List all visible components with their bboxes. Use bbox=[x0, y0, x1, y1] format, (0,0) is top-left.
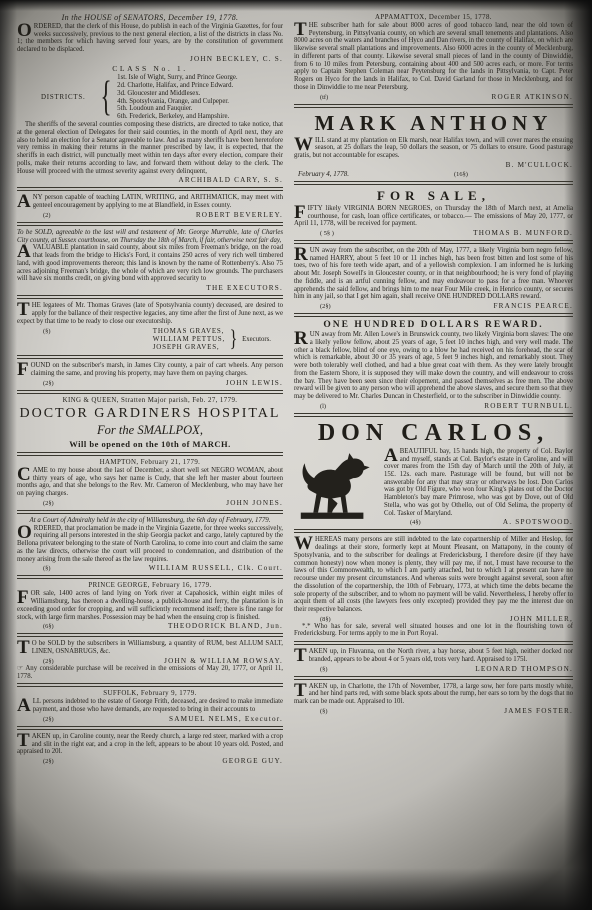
ad-dateline: KING & QUEEN, Stratten Major parish, Feb… bbox=[17, 397, 283, 404]
ad-hampton-negro-woman: HAMPTON, February 21, 1779. CAME to my h… bbox=[17, 459, 283, 507]
signature-name: WILLIAM RUSSELL, Clk. Court. bbox=[149, 564, 283, 572]
separator-rule bbox=[17, 295, 283, 299]
ad-murrable-plantation: To be SOLD, agreeable to the last will a… bbox=[17, 229, 283, 292]
district-item: 3d. Gloucester and Middlesex. bbox=[117, 90, 237, 98]
separator-rule bbox=[17, 390, 283, 394]
executors-group: THOMAS GRAVES, WILLIAM PETTUS, JOSEPH GR… bbox=[153, 326, 271, 352]
signature-name: ROBERT TURNBULL. bbox=[484, 402, 573, 410]
ad-body: WHEREAS many persons are still indebted … bbox=[294, 536, 573, 613]
ad-title: MARK ANTHONY bbox=[294, 111, 573, 136]
district-item: 1st. Isle of Wight, Surry, and Prince Ge… bbox=[117, 74, 237, 82]
separator-rule bbox=[17, 683, 283, 687]
ad-body: ALL persons indebted to the estate of Ge… bbox=[17, 698, 283, 713]
brace-glyph: { bbox=[101, 79, 112, 117]
ad-smallpox-hospital: KING & QUEEN, Stratten Major parish, Feb… bbox=[17, 397, 283, 449]
drop-cap: F bbox=[17, 590, 31, 605]
drop-cap: A bbox=[17, 244, 33, 259]
drop-cap: W bbox=[294, 536, 315, 551]
signature-line: THE EXECUTORS. bbox=[17, 284, 283, 292]
ad-body: WILL stand at my plantation on Elk marsh… bbox=[294, 137, 573, 160]
signature-name: ROBERT BEVERLEY. bbox=[196, 211, 283, 219]
signature-name: JOHN & WILLIAM ROWSAY. bbox=[164, 657, 283, 665]
signature-line: ARCHIBALD CARY, S. S. bbox=[17, 176, 283, 184]
separator-rule bbox=[294, 529, 573, 533]
ad-admiralty-court: At a Court of Admiralty held in the city… bbox=[17, 517, 283, 573]
signature-name: LEONARD THOMPSON. bbox=[475, 665, 573, 673]
drop-cap: A bbox=[17, 194, 33, 209]
ad-body: TO be SOLD by the subscribers in William… bbox=[17, 640, 283, 655]
signature-line: B. M'CULLOCK. bbox=[294, 161, 573, 169]
ad-title: ONE HUNDRED DOLLARS REWARD. bbox=[294, 320, 573, 330]
signature-line: (2§)JOHN & WILLIAM ROWSAY. bbox=[17, 657, 283, 665]
ad-graves-legatees: THE legatees of Mr. Thomas Graves (late … bbox=[17, 302, 283, 352]
drop-cap: R bbox=[294, 331, 310, 346]
drop-cap: T bbox=[294, 22, 309, 37]
signature-name: JOHN MILLER, bbox=[510, 615, 573, 623]
sheriffs-notice: The sheriffs of the several counties com… bbox=[17, 121, 283, 175]
signature-line: JOHN BECKLEY, C. S. bbox=[17, 55, 283, 63]
ad-taken-up-horse: TAKEN up, in Fluvanna, on the North rive… bbox=[294, 648, 573, 672]
district-item: 4th. Spotsylvania, Orange, and Culpeper. bbox=[117, 98, 237, 106]
page-columns: In the HOUSE of SENATORS, December 19, 1… bbox=[17, 13, 573, 896]
ad-title: DON CARLOS, bbox=[294, 420, 573, 447]
ad-taken-up-steer: TAKEN up, in Caroline county, near the R… bbox=[17, 733, 283, 765]
insertion-mark: (§) bbox=[43, 565, 50, 572]
ad-runaway-harry: RUN away from the subscriber, on the 20t… bbox=[294, 247, 573, 310]
insertion-mark: (2) bbox=[43, 212, 50, 219]
drop-cap: A bbox=[384, 448, 400, 463]
signature-name: JOHN LEWIS. bbox=[226, 379, 283, 387]
insertion-mark: (tf) bbox=[320, 94, 328, 101]
signature-name: THE EXECUTORS. bbox=[206, 284, 283, 292]
drop-cap: R bbox=[294, 247, 310, 262]
separator-rule bbox=[294, 313, 573, 317]
insertion-mark: (2§) bbox=[320, 303, 331, 310]
executor-name: THOMAS GRAVES, bbox=[153, 327, 225, 335]
ad-body: AVALUABLE plantation in said county, abo… bbox=[17, 244, 283, 283]
separator-rule bbox=[294, 104, 573, 108]
separator-rule bbox=[294, 240, 573, 244]
hospital-title: DOCTOR GARDINERS HOSPITAL bbox=[17, 406, 283, 422]
insertion-mark: (l) bbox=[320, 403, 326, 410]
ad-prince-george-land: PRINCE GEORGE, February 16, 1779. FOR sa… bbox=[17, 582, 283, 630]
signature-line: (§)JAMES FOSTER. bbox=[294, 707, 573, 715]
ad-mark-anthony-stud: MARK ANTHONY WILL stand at my plantation… bbox=[294, 111, 573, 178]
separator-rule bbox=[17, 187, 283, 191]
signature-line: (2§)FRANCIS PEARCE. bbox=[294, 302, 573, 310]
ad-date: February 4, 1778. bbox=[298, 170, 349, 178]
drop-cap: O bbox=[17, 525, 34, 540]
ad-note: ☞ Any considerable purchase will be rece… bbox=[17, 665, 283, 681]
signature-name: JOHN JONES. bbox=[226, 499, 283, 507]
ad-for-sale-negroes: FOR SALE, FIFTY likely VIRGINIA BORN NEG… bbox=[294, 188, 573, 237]
ad-headline: In the HOUSE of SENATORS, December 19, 1… bbox=[17, 13, 283, 22]
insertion-mark: (8§) bbox=[320, 616, 331, 623]
ad-hundred-dollars-reward: ONE HUNDRED DOLLARS REWARD. RUN away fro… bbox=[294, 320, 573, 410]
insertion-mark: (§) bbox=[320, 666, 327, 673]
district-item: 5th. Loudoun and Fauquier. bbox=[117, 105, 237, 113]
ad-intro: To be SOLD, agreeable to the last will a… bbox=[17, 229, 283, 245]
insertion-mark: (4§) bbox=[410, 519, 421, 526]
separator-rule bbox=[17, 222, 283, 226]
ad-body: TAKEN up, in Charlotte, the 17th of Nove… bbox=[294, 683, 573, 706]
executors-label: Executors. bbox=[242, 336, 271, 343]
insertion-mark: ( 5§ ) bbox=[320, 230, 334, 237]
drop-cap: T bbox=[294, 648, 309, 663]
executors-line: (§) THOMAS GRAVES, WILLIAM PETTUS, JOSEP… bbox=[17, 326, 283, 352]
districts-list: DISTRICTS. { 1st. Isle of Wight, Surry, … bbox=[41, 74, 283, 121]
ad-body: TAKEN up, in Fluvanna, on the North rive… bbox=[294, 648, 573, 663]
signature-line: (8§)JOHN MILLER, bbox=[294, 615, 573, 623]
signature-name: GEORGE GUY. bbox=[222, 757, 283, 765]
class-heading: CLASS No. 1. bbox=[17, 64, 283, 73]
signature-name: SAMUEL NELMS, Executor. bbox=[169, 715, 283, 723]
drop-cap: T bbox=[17, 640, 32, 655]
separator-rule bbox=[294, 181, 573, 185]
separator-rule bbox=[17, 510, 283, 514]
ad-body: THE subscriber hath for sale about 8000 … bbox=[294, 22, 573, 92]
separator-rule bbox=[17, 726, 283, 730]
ad-don-carlos-stud: DON CARLOS, ABEAUTIFUL bay, 15 hands hig… bbox=[294, 420, 573, 527]
ad-body: CAME to my house about the last of Decem… bbox=[17, 467, 283, 498]
ad-dateline: SUFFOLK, February 9, 1779. bbox=[17, 690, 283, 697]
insertion-mark: (2§) bbox=[43, 758, 54, 765]
insertion-mark: (§) bbox=[320, 708, 327, 715]
district-item: 6th. Frederick, Berkeley, and Hampshire. bbox=[117, 113, 237, 121]
ad-found-cart-wheels: FOUND on the subscriber's marsh, in Jame… bbox=[17, 362, 283, 386]
ad-body: ORDERED, that the clerk of this House, d… bbox=[17, 23, 283, 54]
hospital-subtitle: For the SMALLPOX, bbox=[17, 423, 283, 438]
drop-cap: W bbox=[294, 137, 315, 152]
signature-line: (2§)JOHN JONES. bbox=[17, 499, 283, 507]
insertion-mark: (2§) bbox=[43, 380, 54, 387]
hospital-opening-line: Will be opened on the 10th of MARCH. bbox=[17, 439, 283, 449]
ad-miller-heslop-debts: WHEREAS many persons are still indebted … bbox=[294, 536, 573, 638]
horse-woodcut-icon bbox=[294, 450, 378, 522]
executor-name: JOSEPH GRAVES, bbox=[153, 343, 225, 351]
separator-rule bbox=[17, 633, 283, 637]
separator-rule bbox=[294, 641, 573, 645]
ad-suffolk-estate: SUFFOLK, February 9, 1779. ALL persons i… bbox=[17, 690, 283, 722]
signature-line: (6§)THEODORICK BLAND, Jun. bbox=[17, 622, 283, 630]
ad-body: RUN away from the subscriber, on the 20t… bbox=[294, 247, 573, 301]
district-item: 2d. Charlotte, Halifax, and Prince Edwar… bbox=[117, 82, 237, 90]
separator-rule bbox=[294, 676, 573, 680]
districts-label: DISTRICTS. bbox=[41, 94, 95, 101]
insertion-mark: (§) bbox=[43, 328, 50, 335]
date-mark-line: February 4, 1778.(16§) bbox=[294, 170, 573, 178]
signature-name: THOMAS B. MUNFORD. bbox=[473, 229, 573, 237]
signature-name: FRANCIS PEARCE. bbox=[493, 302, 573, 310]
signature-line: (2§)GEORGE GUY. bbox=[17, 757, 283, 765]
signature-line: (§)WILLIAM RUSSELL, Clk. Court. bbox=[17, 564, 283, 572]
insertion-mark: (2§) bbox=[43, 500, 54, 507]
ad-teaching: ANY person capable of teaching LATIN, WR… bbox=[17, 194, 283, 218]
ad-body: TAKEN up, in Caroline county, near the R… bbox=[17, 733, 283, 756]
signature-name: JOHN BECKLEY, C. S. bbox=[190, 55, 283, 63]
ad-body: THE legatees of Mr. Thomas Graves (late … bbox=[17, 302, 283, 325]
signature-line: (§)LEONARD THOMPSON. bbox=[294, 665, 573, 673]
separator-rule bbox=[17, 575, 283, 579]
signature-line: (2§)SAMUEL NELMS, Executor. bbox=[17, 715, 283, 723]
ad-title: FOR SALE, bbox=[294, 188, 573, 204]
newspaper-scan: In the HOUSE of SENATORS, December 19, 1… bbox=[0, 0, 592, 910]
insertion-mark: (2§) bbox=[43, 716, 54, 723]
separator-rule bbox=[17, 452, 283, 456]
ad-intro: At a Court of Admiralty held in the city… bbox=[17, 517, 283, 525]
ad-dateline: APPAMATTOX, December 15, 1778. bbox=[294, 14, 573, 21]
ad-body: RUN away from Mr. Allen Lowe's in Brunsw… bbox=[294, 331, 573, 401]
signature-line: ( 5§ )THOMAS B. MUNFORD. bbox=[294, 229, 573, 237]
ad-dateline: PRINCE GEORGE, February 16, 1779. bbox=[17, 582, 283, 589]
ad-body: ANY person capable of teaching LATIN, WR… bbox=[17, 194, 283, 209]
signature-name: A. SPOTSWOOD. bbox=[503, 518, 573, 526]
ad-appamattox-land: APPAMATTOX, December 15, 1778. THE subsc… bbox=[294, 14, 573, 101]
signature-line: (2)ROBERT BEVERLEY. bbox=[17, 211, 283, 219]
insertion-mark: (2§) bbox=[43, 658, 54, 665]
separator-rule bbox=[294, 413, 573, 417]
insertion-mark: (6§) bbox=[43, 623, 54, 630]
signature-name: ROGER ATKINSON. bbox=[492, 93, 574, 101]
drop-cap: T bbox=[17, 302, 32, 317]
separator-rule bbox=[17, 355, 283, 359]
drop-cap: O bbox=[17, 23, 34, 38]
ad-body: FOUND on the subscriber's marsh, in Jame… bbox=[17, 362, 283, 377]
drop-cap: A bbox=[17, 698, 33, 713]
signature-name: JAMES FOSTER. bbox=[504, 707, 573, 715]
insertion-mark: (16§) bbox=[454, 171, 468, 178]
drop-cap: C bbox=[17, 467, 33, 482]
signature-name: THEODORICK BLAND, Jun. bbox=[168, 622, 283, 630]
signature-line: (tf)ROGER ATKINSON. bbox=[294, 93, 573, 101]
signature-line: (4§)A. SPOTSWOOD. bbox=[384, 518, 573, 526]
signature-line: (2§)JOHN LEWIS. bbox=[17, 379, 283, 387]
drop-cap: F bbox=[294, 205, 308, 220]
signature-name: ARCHIBALD CARY, S. S. bbox=[178, 176, 283, 184]
right-column: APPAMATTOX, December 15, 1778. THE subsc… bbox=[294, 13, 573, 896]
drop-cap: T bbox=[294, 683, 309, 698]
executor-name: WILLIAM PETTUS, bbox=[153, 335, 225, 343]
ad-body: ABEAUTIFUL bay, 15 hands high, the prope… bbox=[294, 448, 573, 518]
signature-line: (l)ROBERT TURNBULL. bbox=[294, 402, 573, 410]
ad-dateline: HAMPTON, February 21, 1779. bbox=[17, 459, 283, 466]
ad-note: *.* Who has for sale, several well situa… bbox=[294, 623, 573, 638]
brace-glyph: } bbox=[230, 326, 238, 352]
drop-cap: T bbox=[17, 733, 32, 748]
left-column: In the HOUSE of SENATORS, December 19, 1… bbox=[17, 13, 283, 896]
ad-body: FIFTY likely VIRGINIA BORN NEGROES, on T… bbox=[294, 205, 573, 228]
ad-rum-salt-linen: TO be SOLD by the subscribers in William… bbox=[17, 640, 283, 680]
drop-cap: F bbox=[17, 362, 31, 377]
ad-taken-up-sow: TAKEN up, in Charlotte, the 17th of Nove… bbox=[294, 683, 573, 715]
signature-name: B. M'CULLOCK. bbox=[506, 161, 573, 169]
ad-house-of-senators: In the HOUSE of SENATORS, December 19, 1… bbox=[17, 13, 283, 184]
ad-body: ORDERED, that proclamation be made in th… bbox=[17, 525, 283, 564]
ad-body: FOR sale, 1400 acres of land lying on Yo… bbox=[17, 590, 283, 621]
